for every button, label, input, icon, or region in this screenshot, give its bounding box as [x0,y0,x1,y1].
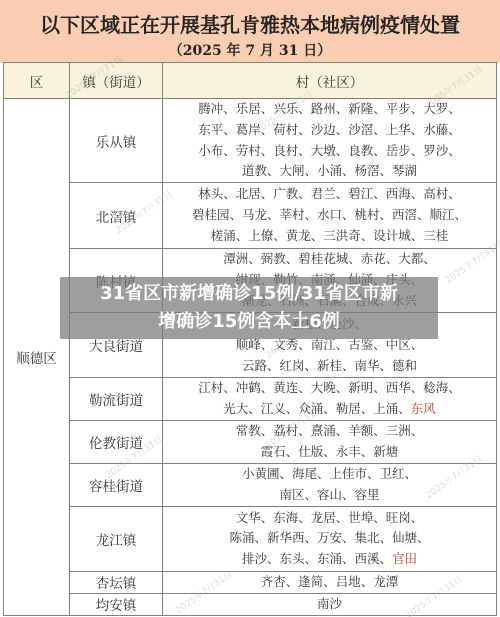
village-names: 江村、冲鹤、黄连、大晚、新明、西华、稔海、 [198,380,461,395]
town-cell: 乐从镇 [70,99,163,183]
village-names: 霞石、仕版、永丰、新塘 [261,444,399,459]
village-line: 文华、东海、龙居、世埠、旺岗、 [163,508,496,529]
village-names: 光大、江义、众涌、勒居、上涌、 [223,401,411,416]
village-names: 南区、容山、容里 [279,487,379,502]
village-cell: 齐杏、逢简、吕地、龙潭 [163,571,497,593]
town-cell: 杏坛镇 [70,571,163,593]
village-line: 槎涌、上僚、黄龙、三洪奇、设计城、三桂 [163,226,496,247]
village-line: 林头、北居、广教、君兰、碧江、西海、高村、 [163,184,496,205]
village-names: 林头、北居、广教、君兰、碧江、西海、高村、 [198,186,461,201]
village-line: 腾冲、乐居、兴乐、路州、新隆、平步、大罗、 [163,99,496,120]
village-names: 云路、红岗、新桂、南华、德和 [242,358,417,373]
headline-line-1: 31省区市新增确诊15例/31省区市新 [60,280,438,308]
village-names: 排沙、东头、东涌、西溪、 [242,551,392,566]
village-line: 道教、大闸、小涌、杨滘、琴湖 [163,161,496,182]
village-names: 腾冲、乐居、兴乐、路州、新隆、平步、大罗、 [198,101,461,116]
header-district: 区 [4,63,70,99]
table-header-row: 区 镇（街道） 村（社区） [4,63,497,99]
village-line: 潭洲、弼教、碧桂花城、赤花、大都、 [163,249,496,270]
village-line: 云路、红岗、新桂、南华、德和 [163,356,496,377]
village-names: 陈涌、新华西、万安、集北、仙塘、 [229,530,429,545]
town-cell: 勒流街道 [70,378,163,421]
village-names: 小布、劳村、良村、大墩、良教、岳步、罗沙、 [198,143,461,158]
village-line: 齐杏、逢简、吕地、龙潭 [163,573,496,591]
table-row: 杏坛镇齐杏、逢简、吕地、龙潭 [4,571,497,593]
headline-overlay-text: 31省区市新增确诊15例/31省区市新 增确诊15例含本土6例 [60,280,438,336]
table-row: 顺德区乐从镇腾冲、乐居、兴乐、路州、新隆、平步、大罗、东平、葛岸、荷村、沙边、沙… [4,99,497,183]
village-line: 陈涌、新华西、万安、集北、仙塘、 [163,528,496,549]
highlighted-village: 官田 [392,551,417,566]
village-line: 小黄圃、海尾、上佳市、卫红、 [163,464,496,485]
village-line: 南区、容山、容里 [163,485,496,506]
village-line: 光大、江义、众涌、勒居、上涌、东风 [163,399,496,420]
town-cell: 龙江镇 [70,506,163,571]
village-names: 文华、东海、龙居、世埠、旺岗、 [236,510,424,525]
village-cell: 文华、东海、龙居、世埠、旺岗、陈涌、新华西、万安、集北、仙塘、排沙、东头、东涌、… [163,506,497,571]
village-names: 碧桂园、马龙、莘村、水口、桃村、西滘、顺江、 [192,207,467,222]
village-line: 东平、葛岸、荷村、沙边、沙滘、上华、水藤、 [163,120,496,141]
village-names: 齐杏、逢简、吕地、龙潭 [261,574,399,589]
page-title: 以下区域正在开展基孔肯雅热本地病例疫情处置 [0,9,500,38]
village-names: 南沙 [317,596,342,611]
town-cell: 容桂街道 [70,464,163,507]
highlighted-village: 东风 [411,401,436,416]
village-cell: 小黄圃、海尾、上佳市、卫红、南区、容山、容里 [163,464,497,507]
village-names: 槎涌、上僚、黄龙、三洪奇、设计城、三桂 [211,228,449,243]
village-line: 碧桂园、马龙、莘村、水口、桃村、西滘、顺江、 [163,205,496,226]
table-row: 容桂街道小黄圃、海尾、上佳市、卫红、南区、容山、容里 [4,464,497,507]
title-banner: 以下区域正在开展基孔肯雅热本地病例疫情处置 （2025 年 7 月 31 日） [0,0,500,63]
town-cell: 北滘镇 [70,183,163,249]
village-names: 小黄圃、海尾、上佳市、卫红、 [242,466,417,481]
table-row: 均安镇南沙 [4,593,497,615]
village-line: 常教、荔村、熹涌、羊额、三洲、 [163,421,496,442]
village-line: 江村、冲鹤、黄连、大晚、新明、西华、稔海、 [163,378,496,399]
village-line: 霞石、仕版、永丰、新塘 [163,442,496,463]
village-names: 潭洲、弼教、碧桂花城、赤花、大都、 [223,251,436,266]
village-names: 常教、荔村、熹涌、羊额、三洲、 [236,423,424,438]
village-line: 小布、劳村、良村、大墩、良教、岳步、罗沙、 [163,141,496,162]
village-names: 顺峰、文秀、南江、古鉴、中区、 [236,337,424,352]
town-cell: 伦教街道 [70,421,163,464]
table-row: 勒流街道江村、冲鹤、黄连、大晚、新明、西华、稔海、光大、江义、众涌、勒居、上涌、… [4,378,497,421]
village-line: 南沙 [163,595,496,613]
village-names: 东平、葛岸、荷村、沙边、沙滘、上华、水藤、 [198,122,461,137]
table-row: 龙江镇文华、东海、龙居、世埠、旺岗、陈涌、新华西、万安、集北、仙塘、排沙、东头、… [4,506,497,571]
table-row: 伦教街道常教、荔村、熹涌、羊额、三洲、霞石、仕版、永丰、新塘 [4,421,497,464]
village-cell: 南沙 [163,593,497,615]
header-village: 村（社区） [163,63,497,99]
district-cell: 顺德区 [4,99,70,616]
village-line: 排沙、东头、东涌、西溪、官田 [163,549,496,570]
village-cell: 江村、冲鹤、黄连、大晚、新明、西华、稔海、光大、江义、众涌、勒居、上涌、东风 [163,378,497,421]
table-row: 北滘镇林头、北居、广教、君兰、碧江、西海、高村、碧桂园、马龙、莘村、水口、桃村、… [4,183,497,249]
title-date: （2025 年 7 月 31 日） [0,40,500,60]
town-cell: 均安镇 [70,593,163,615]
header-town: 镇（街道） [70,63,163,99]
village-names: 道教、大闸、小涌、杨滘、琴湖 [242,163,417,178]
village-cell: 腾冲、乐居、兴乐、路州、新隆、平步、大罗、东平、葛岸、荷村、沙边、沙滘、上华、水… [163,99,497,183]
headline-line-2: 增确诊15例含本土6例 [60,308,438,336]
village-cell: 常教、荔村、熹涌、羊额、三洲、霞石、仕版、永丰、新塘 [163,421,497,464]
village-cell: 林头、北居、广教、君兰、碧江、西海、高村、碧桂园、马龙、莘村、水口、桃村、西滘、… [163,183,497,249]
table-body: 顺德区乐从镇腾冲、乐居、兴乐、路州、新隆、平步、大罗、东平、葛岸、荷村、沙边、沙… [4,99,497,616]
